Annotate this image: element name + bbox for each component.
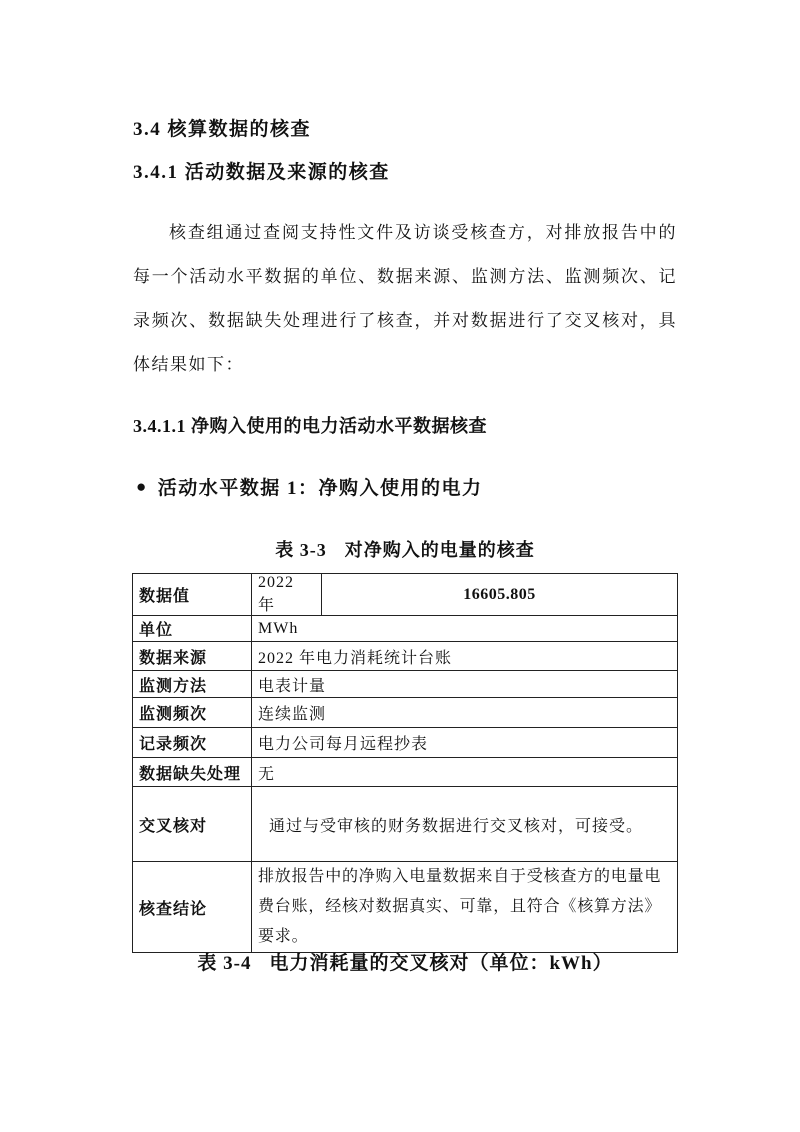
row-value: 无: [252, 758, 678, 787]
table-3-3-caption-label: 表 3-3: [275, 536, 327, 562]
row-label: 交叉核对: [133, 787, 252, 862]
table-row-conclusion: 核查结论 排放报告中的净购入电量数据来自于受核查方的电量电费台账，经核对数据真实…: [133, 862, 678, 953]
row-label: 监测频次: [133, 698, 252, 728]
table-row-unit: 单位 MWh: [133, 616, 678, 642]
document-page: 3.4 核算数据的核查 3.4.1 活动数据及来源的核查 核查组通过查阅支持性文…: [0, 0, 800, 1132]
section-heading-3-4-1-1: 3.4.1.1 净购入使用的电力活动水平数据核查: [133, 412, 487, 438]
intro-paragraph: 核查组通过查阅支持性文件及访谈受核查方，对排放报告中的 每一个活动水平数据的单位…: [133, 211, 677, 387]
table-3-4-caption-title: 电力消耗量的交叉核对（单位：kWh）: [269, 948, 612, 975]
row-label: 单位: [133, 616, 252, 642]
row-label: 数据值: [133, 574, 252, 616]
row-label: 数据来源: [133, 642, 252, 671]
table-3-3-caption-title: 对净购入的电量的核查: [345, 536, 535, 562]
row-label: 监测方法: [133, 671, 252, 698]
table-row-cross-check: 交叉核对 通过与受审核的财务数据进行交叉核对，可接受。: [133, 787, 678, 862]
table-3-4-caption: 表 3-4 电力消耗量的交叉核对（单位：kWh）: [133, 948, 677, 975]
paragraph-line: 体结果如下：: [133, 343, 677, 387]
row-label: 记录频次: [133, 728, 252, 758]
row-label: 核查结论: [133, 862, 252, 953]
section-heading-3-4: 3.4 核算数据的核查: [133, 114, 311, 141]
paragraph-line: 核查组通过查阅支持性文件及访谈受核查方，对排放报告中的: [133, 211, 677, 255]
bullet-icon: ●: [136, 478, 148, 495]
row-value: MWh: [252, 616, 678, 642]
table-row-monitoring-frequency: 监测频次 连续监测: [133, 698, 678, 728]
row-value: 2022 年电力消耗统计台账: [252, 642, 678, 671]
paragraph-line: 录频次、数据缺失处理进行了核查，并对数据进行了交叉核对，具: [133, 299, 677, 343]
activity-data-label: 活动水平数据 1：净购入使用的电力: [158, 473, 483, 500]
section-heading-3-4-1: 3.4.1 活动数据及来源的核查: [133, 157, 390, 184]
row-label: 数据缺失处理: [133, 758, 252, 787]
table-3-3: 数据值 2022 年 16605.805 单位 MWh 数据来源 2022 年电…: [132, 573, 678, 953]
table-3-3-caption: 表 3-3 对净购入的电量的核查: [133, 536, 677, 562]
row-value: 排放报告中的净购入电量数据来自于受核查方的电量电费台账，经核对数据真实、可靠，且…: [252, 862, 678, 953]
table-row-record-frequency: 记录频次 电力公司每月远程抄表: [133, 728, 678, 758]
table-row-missing-data: 数据缺失处理 无: [133, 758, 678, 787]
activity-data-item: ● 活动水平数据 1：净购入使用的电力: [136, 473, 483, 500]
row-value: 连续监测: [252, 698, 678, 728]
row-value: 通过与受审核的财务数据进行交叉核对，可接受。: [252, 787, 678, 862]
row-value: 电表计量: [252, 671, 678, 698]
row-value: 16605.805: [322, 574, 678, 616]
row-year: 2022 年: [252, 574, 322, 616]
table-row-data-value: 数据值 2022 年 16605.805: [133, 574, 678, 616]
table-3-4-caption-label: 表 3-4: [197, 948, 251, 975]
table-row-monitoring-method: 监测方法 电表计量: [133, 671, 678, 698]
row-value: 电力公司每月远程抄表: [252, 728, 678, 758]
table-row-data-source: 数据来源 2022 年电力消耗统计台账: [133, 642, 678, 671]
paragraph-line: 每一个活动水平数据的单位、数据来源、监测方法、监测频次、记: [133, 255, 677, 299]
